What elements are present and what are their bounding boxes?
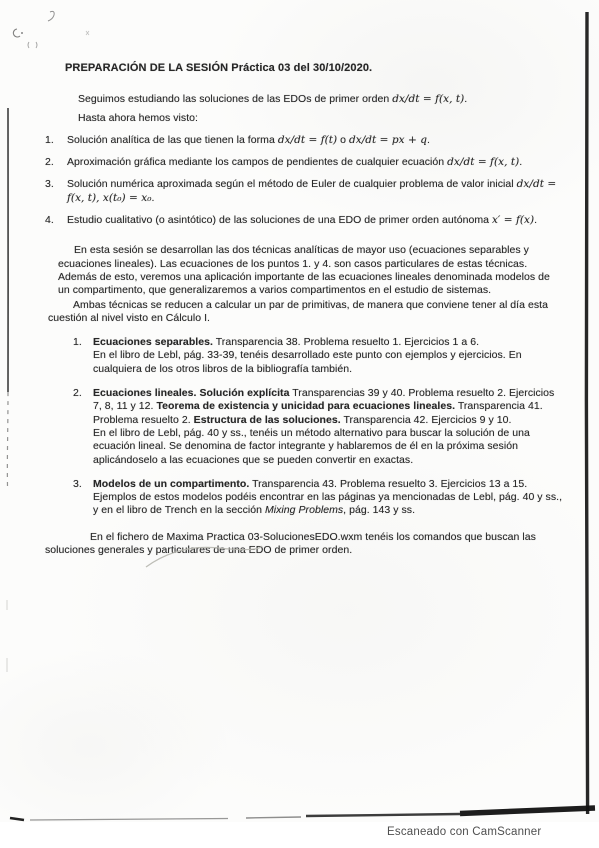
math-expression: dx/dt = f(x, t) bbox=[392, 93, 464, 105]
list-number: 2. bbox=[73, 387, 93, 467]
item-text: o bbox=[337, 134, 349, 146]
item-text: . bbox=[519, 156, 522, 168]
intro-text: Seguimos estudiando las soluciones de la… bbox=[78, 93, 392, 105]
camscanner-watermark: Escaneado con CamScanner bbox=[387, 826, 541, 838]
topic-heading: Modelos de un compartimento. bbox=[93, 478, 249, 490]
bottom-edge-segment bbox=[246, 817, 301, 818]
math-expression: dx/dt = px + q bbox=[349, 134, 427, 146]
bottom-edge-segment bbox=[460, 808, 595, 814]
list-item-text: Estudio cualitativo (o asintótico) de la… bbox=[67, 214, 564, 227]
right-edge-line bbox=[586, 12, 587, 814]
document-content: PREPARACIÓN DE LA SESIÓN Práctica 03 del… bbox=[40, 62, 564, 557]
list-item-text: Solución analítica de las que tienen la … bbox=[67, 134, 564, 147]
topic-text: En el libro de Lebl, pág. 33-39, tenéis … bbox=[93, 349, 564, 376]
pencil-dot bbox=[21, 32, 23, 34]
topic-list-item: 1. Ecuaciones separables. Transparencia … bbox=[73, 336, 564, 376]
body-paragraph-2: Ambas técnicas se reducen a calcular un … bbox=[48, 299, 564, 326]
item-text: . bbox=[534, 214, 537, 226]
topic-text: Transparencia 43. Problema resuelto 3. E… bbox=[249, 478, 527, 490]
topic-text: , pág. 143 y ss. bbox=[343, 504, 415, 516]
list-number: 1. bbox=[73, 336, 93, 376]
list-item-text: Aproximación gráfica mediante los campos… bbox=[67, 156, 564, 169]
closing-paragraph: En el fichero de Maxima Practica 03-Solu… bbox=[45, 531, 564, 558]
list-item: 1. Solución analítica de las que tienen … bbox=[45, 134, 564, 147]
math-expression: dx/dt = f(t) bbox=[278, 134, 337, 146]
item-text: Aproximación gráfica mediante los campos… bbox=[67, 156, 447, 168]
topic-text-line: Ejemplos de estos modelos podéis encontr… bbox=[93, 491, 564, 518]
topic-list-item: 3. Modelos de un compartimento. Transpar… bbox=[73, 478, 564, 518]
pencil-scribble-2 bbox=[13, 29, 20, 37]
bottom-edge-segment bbox=[306, 814, 460, 816]
topic-heading: Teorema de existencia y unicidad para ec… bbox=[156, 400, 455, 412]
pencil-scribble-1 bbox=[48, 11, 54, 21]
bottom-edge-segment bbox=[30, 819, 228, 821]
list-item: 4. Estudio cualitativo (o asintótico) de… bbox=[45, 214, 564, 227]
item-text: . bbox=[151, 192, 154, 204]
topic-text: En el libro de Lebl, pág. 40 y ss., tené… bbox=[93, 427, 564, 467]
topic-item-text: Modelos de un compartimento. Transparenc… bbox=[93, 478, 564, 518]
page-title: PREPARACIÓN DE LA SESIÓN Práctica 03 del… bbox=[65, 62, 564, 75]
list-number: 3. bbox=[73, 478, 93, 518]
topic-item-text: Ecuaciones lineales. Solución explícita … bbox=[93, 387, 564, 467]
intro-text-end: . bbox=[464, 93, 467, 105]
list-number: 1. bbox=[45, 134, 67, 147]
math-expression: x′ = f(x) bbox=[492, 214, 534, 226]
topic-text: Transparencia 42. Ejercicios 9 y 10. bbox=[341, 414, 512, 426]
body-paragraph-1: En esta sesión se desarrollan las dos té… bbox=[58, 244, 564, 297]
topic-heading: Ecuaciones lineales. Solución explícita bbox=[93, 387, 289, 399]
list-item: 2. Aproximación gráfica mediante los cam… bbox=[45, 156, 564, 169]
list-number: 4. bbox=[45, 214, 67, 227]
item-text: Estudio cualitativo (o asintótico) de la… bbox=[67, 214, 492, 226]
intro-paragraph-2: Hasta ahora hemos visto: bbox=[78, 112, 564, 125]
item-text: Solución analítica de las que tienen la … bbox=[67, 134, 278, 146]
scanned-page: PREPARACIÓN DE LA SESIÓN Práctica 03 del… bbox=[0, 0, 599, 848]
math-expression: dx/dt = f(x, t) bbox=[447, 156, 519, 168]
left-edge-line-faded bbox=[7, 392, 8, 486]
topic-heading: Estructura de las soluciones. bbox=[194, 414, 341, 426]
topic-heading: Ecuaciones separables. bbox=[93, 336, 213, 348]
pencil-scribble-3 bbox=[28, 42, 37, 48]
item-text: Solución numérica aproximada según el mé… bbox=[67, 178, 517, 190]
bottom-edge-segment bbox=[10, 818, 24, 820]
list-number: 2. bbox=[45, 156, 67, 169]
list-item-text: Solución numérica aproximada según el mé… bbox=[67, 178, 564, 205]
item-text: . bbox=[427, 134, 430, 146]
pencil-scribble-4 bbox=[86, 31, 89, 35]
list-item: 3. Solución numérica aproximada según el… bbox=[45, 178, 564, 205]
intro-paragraph-1: Seguimos estudiando las soluciones de la… bbox=[78, 93, 564, 106]
topic-list-item: 2. Ecuaciones lineales. Solución explíci… bbox=[73, 387, 564, 467]
topic-text: Transparencia 38. Problema resuelto 1. E… bbox=[213, 336, 479, 348]
book-section-title: Mixing Problems bbox=[265, 504, 343, 516]
list-number: 3. bbox=[45, 178, 67, 205]
topic-item-text: Ecuaciones separables. Transparencia 38.… bbox=[93, 336, 564, 376]
